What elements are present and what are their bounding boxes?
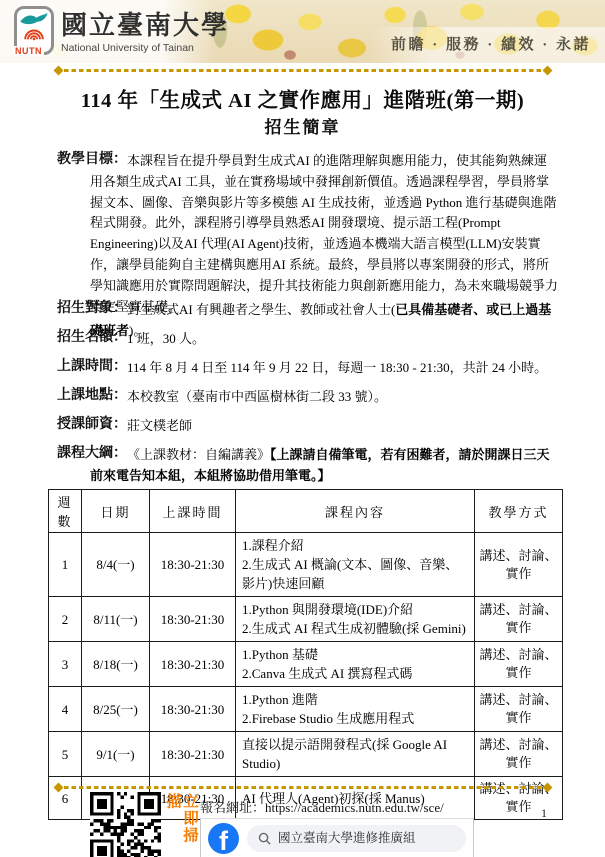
signup-line: 報名網址：https://academics.nutn.edu.tw/sce/ [200, 797, 444, 816]
content-line: 2.Canva 生成式 AI 撰寫程式碼 [242, 664, 470, 683]
signup-label: 報名網址： [200, 800, 265, 815]
content-line: 2.生成式 AI 程式生成初體驗(採 Gemini) [242, 619, 470, 638]
cell-content: 1.課程介紹2.生成式 AI 概論(文本、圖像、音樂、影片)快速回顧 [236, 533, 475, 597]
gold-divider-top [64, 69, 542, 72]
cell-date: 8/11(一) [82, 597, 150, 642]
col-header-method: 教學方式 [475, 490, 563, 533]
cell-week: 2 [49, 597, 82, 642]
col-header-date: 日期 [82, 490, 150, 533]
cell-content: 1.Python 與開發環境(IDE)介紹2.生成式 AI 程式生成初體驗(採 … [236, 597, 475, 642]
table-row: 28/11(一)18:30-21:301.Python 與開發環境(IDE)介紹… [49, 597, 563, 642]
university-names: 國立臺南大學 National University of Tainan [61, 6, 229, 54]
facebook-search-bar: 國立臺南大學進修推廣組 [247, 825, 466, 852]
section-teacher-text: 莊文樸老師 [90, 416, 558, 437]
section-teacher: 授課師資： 莊文樸老師 [90, 416, 558, 437]
table-row: 38/18(一)18:30-21:301.Python 基礎2.Canva 生成… [49, 642, 563, 687]
content-line: 1.Python 基礎 [242, 645, 470, 664]
signup-url-link[interactable]: https://academics.nutn.edu.tw/sce/ [265, 800, 444, 815]
content-line: 直接以提示語開發程式(採 Google AI Studio) [242, 735, 470, 773]
section-goal: 教學目標： 本課程旨在提升學員對生成式AI 的進階理解與應用能力，使其能夠熟練運… [90, 151, 558, 317]
section-quota-text: 1 班，30 人。 [90, 329, 558, 350]
qr-code [90, 792, 161, 857]
university-brand: NUTN 國立臺南大學 National University of Taina… [14, 6, 229, 55]
section-target-label: 招生對象： [57, 299, 127, 320]
section-time-text: 114 年 8 月 4 日至 114 年 9 月 22 日，每週一 18:30 … [90, 358, 558, 379]
page-number: 1 [541, 806, 547, 821]
cell-week: 1 [49, 533, 82, 597]
section-quota-label: 招生名額： [57, 328, 127, 349]
gold-divider-bottom [64, 786, 542, 789]
cell-time: 18:30-21:30 [150, 732, 236, 777]
cell-method: 講述、討論、實作 [475, 732, 563, 777]
cell-date: 8/4(一) [82, 533, 150, 597]
cell-date: 9/1(一) [82, 732, 150, 777]
facebook-search-card: f 國立臺南大學進修推廣組 [200, 818, 474, 857]
section-time-label: 上課時間： [57, 357, 127, 378]
facebook-search-text: 國立臺南大學進修推廣組 [278, 831, 416, 845]
university-motto: 前瞻 · 服務 · 績效 · 永諾 [391, 33, 591, 54]
university-name-zh: 國立臺南大學 [61, 12, 229, 40]
brochure-page: NUTN 國立臺南大學 National University of Taina… [0, 0, 605, 857]
content-line: 1.課程介紹 [242, 536, 470, 555]
table-header-row: 週數 日期 上課時間 課程內容 教學方式 [49, 490, 563, 533]
facebook-icon: f [208, 823, 239, 854]
cell-date: 8/25(一) [82, 687, 150, 732]
table-row: 48/25(一)18:30-21:301.Python 進階2.Firebase… [49, 687, 563, 732]
content-line: 2.生成式 AI 概論(文本、圖像、音樂、影片)快速回顧 [242, 555, 470, 593]
content-line: 2.Firebase Studio 生成應用程式 [242, 709, 470, 728]
cell-week: 5 [49, 732, 82, 777]
section-syllabus: 課程大綱： 《上課教材：自編講義》【上課請自備筆電，若有困難者，請於開課日三天前… [90, 445, 558, 487]
cell-week: 3 [49, 642, 82, 687]
cell-method: 講述、討論、實作 [475, 687, 563, 732]
page-title: 114 年「生成式 AI 之實作應用」進階班(第一期) [0, 83, 605, 113]
section-goal-label: 教學目標： [57, 150, 127, 171]
cell-week: 4 [49, 687, 82, 732]
section-syllabus-label: 課程大綱： [57, 444, 127, 465]
cell-time: 18:30-21:30 [150, 642, 236, 687]
course-schedule-table: 週數 日期 上課時間 課程內容 教學方式 18/4(一)18:30-21:301… [48, 489, 563, 820]
col-header-content: 課程內容 [236, 490, 475, 533]
cell-method: 講述、討論、實作 [475, 597, 563, 642]
cell-time: 18:30-21:30 [150, 687, 236, 732]
col-header-week: 週數 [49, 490, 82, 533]
cell-content: 1.Python 基礎2.Canva 生成式 AI 撰寫程式碼 [236, 642, 475, 687]
bird-emblem-icon [18, 10, 50, 51]
university-name-en: National University of Tainan [61, 42, 229, 54]
section-syllabus-text: 《上課教材：自編講義》【上課請自備筆電，若有困難者，請於開課日三天前來電告知本組… [90, 445, 558, 487]
search-icon [258, 832, 271, 845]
col-header-time: 上課時間 [150, 490, 236, 533]
content-line: 1.Python 進階 [242, 690, 470, 709]
cell-week: 6 [49, 777, 82, 820]
cell-method: 講述、討論、實作 [475, 642, 563, 687]
cell-method: 講述、討論、實作 [475, 533, 563, 597]
section-place: 上課地點： 本校教室（臺南市中西區樹林街二段 33 號）。 [90, 387, 558, 408]
header-banner: NUTN 國立臺南大學 National University of Taina… [0, 0, 605, 63]
section-time: 上課時間： 114 年 8 月 4 日至 114 年 9 月 22 日，每週一 … [90, 358, 558, 379]
section-teacher-label: 授課師資： [57, 415, 127, 436]
content-line: 1.Python 與開發環境(IDE)介紹 [242, 600, 470, 619]
nutn-acronym: NUTN [13, 46, 44, 56]
cell-method: 講述、討論、實作 [475, 777, 563, 820]
section-goal-text: 本課程旨在提升學員對生成式AI 的進階理解與應用能力，使其能夠熟練運用各類生成式… [90, 151, 558, 317]
cell-date: 8/18(一) [82, 642, 150, 687]
cell-time: 18:30-21:30 [150, 597, 236, 642]
cell-content: 直接以提示語開發程式(採 Google AI Studio) [236, 732, 475, 777]
table-row: 59/1(一)18:30-21:30直接以提示語開發程式(採 Google AI… [49, 732, 563, 777]
cell-time: 18:30-21:30 [150, 533, 236, 597]
table-row: 18/4(一)18:30-21:301.課程介紹2.生成式 AI 概論(文本、圖… [49, 533, 563, 597]
scan-now-label: 立即掃描 [164, 793, 198, 857]
university-logo: NUTN [14, 6, 54, 55]
section-place-label: 上課地點： [57, 386, 127, 407]
cell-content: 1.Python 進階2.Firebase Studio 生成應用程式 [236, 687, 475, 732]
page-subtitle: 招生簡章 [0, 113, 605, 138]
section-quota: 招生名額： 1 班，30 人。 [90, 329, 558, 350]
section-place-text: 本校教室（臺南市中西區樹林街二段 33 號）。 [90, 387, 558, 408]
